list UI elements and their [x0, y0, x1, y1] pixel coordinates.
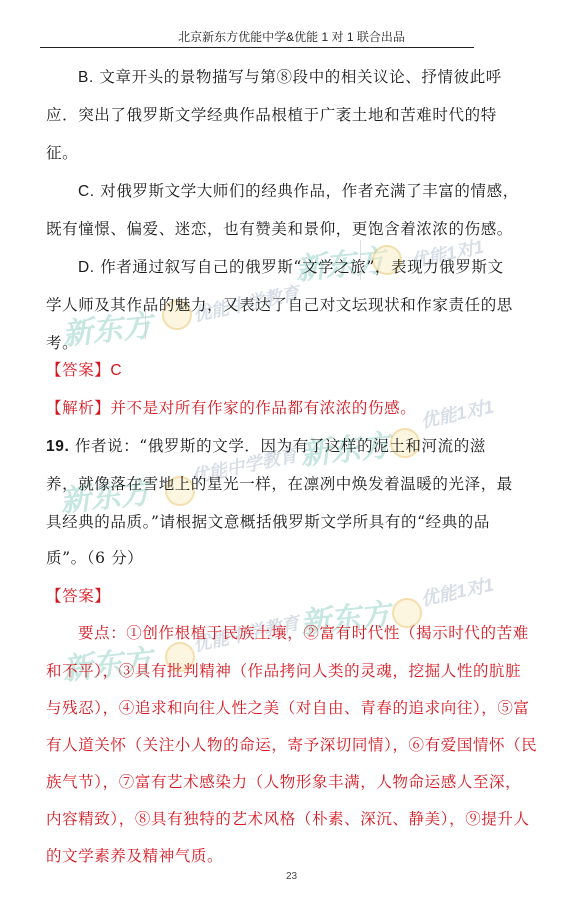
question-19-line-4: 质”。（6 分） [46, 548, 143, 568]
option-c-line-2: 既有憧憬、偏爱、迷恋，也有赞美和景仰，更饱含着浓浓的伤感。 [46, 219, 513, 239]
question-text: 作者说：“俄罗斯的文学．因为有了这样的泥土和河流的滋 [75, 437, 486, 455]
page-number: 23 [0, 871, 583, 882]
answer-19-line-3: 与残忍），④追求和向往人性之美（对自由、青春的追求向往），⑤富 [46, 698, 530, 718]
question-19-line-3: 具经典的品质。”请根据文意概括俄罗斯文学所具有的“经典的品 [46, 512, 490, 532]
answer-19-line-5: 族气节），⑦富有艺术感染力（人物形象丰满，人物命运感人至深， [46, 772, 521, 792]
answer-value: C [110, 362, 122, 379]
page-header: 北京新东方优能中学&优能 1 对 1 联合出品 [0, 28, 583, 45]
option-b-line-3: 征。 [46, 143, 78, 163]
question-number: 19. [46, 438, 69, 455]
option-label: D. [78, 259, 95, 276]
answer-19-line-1: 要点：①创作根植于民族土壤，②富有时代性（揭示时代的苦难 [78, 623, 529, 643]
option-label: B. [78, 69, 94, 86]
analysis-18: 【解析】并不是对所有作家的作品都有浓浓的伤感。 [46, 398, 416, 418]
answer-19-tag: 【答案】 [46, 586, 110, 606]
option-text: 文章开头的景物描写与第⑧段中的相关议论、抒情彼此呼 [99, 68, 502, 86]
answer-19-line-4: 有人道关怀（关注小人物的命运，寄予深切同情），⑥有爱国情怀（民 [46, 735, 537, 755]
option-c-line-1: C. 对俄罗斯文学大师们的经典作品，作者充满了丰富的情感， [78, 181, 519, 202]
option-label: C. [78, 183, 95, 200]
option-text: 作者通过叙写自己的俄罗斯“文学之旅”，表现力俄罗斯文 [100, 258, 503, 276]
watermark-youneng-1v1: 优能1对1 [418, 393, 496, 434]
question-19-line-2: 养，就像落在雪地上的星光一样，在凛冽中焕发着温暖的光泽，最 [46, 474, 513, 494]
answer-18: 【答案】C [46, 360, 122, 381]
answer-19-line-6: 内容精致），⑧具有独特的艺术风格（朴素、深沉、静美），⑨提升人 [46, 809, 530, 829]
header-divider [40, 47, 474, 48]
option-d-line-3: 考。 [46, 333, 78, 353]
watermark-youneng-1v1: 优能1对1 [418, 571, 496, 612]
answer-tag: 【答案】 [46, 361, 110, 379]
option-d-line-1: D. 作者通过叙写自己的俄罗斯“文学之旅”，表现力俄罗斯文 [78, 257, 504, 278]
analysis-tag: 【解析】 [46, 399, 110, 417]
option-text: 对俄罗斯文学大师们的经典作品，作者充满了丰富的情感， [100, 182, 519, 200]
option-b-line-2: 应．突出了俄罗斯文学经典作品根植于广袤土地和苦难时代的特 [46, 105, 497, 125]
option-d-line-2: 学人师及其作品的魅力，又表达了自己对文坛现状和作家责任的思 [46, 295, 513, 315]
option-b-line-1: B. 文章开头的景物描写与第⑧段中的相关议论、抒情彼此呼 [78, 67, 502, 88]
answer-19-line-2: 和不平），③具有批判精神（作品拷问人类的灵魂，挖掘人性的肮脏 [46, 661, 521, 681]
answer-19-line-7: 的文学素养及精神气质。 [46, 846, 223, 866]
analysis-text: 并不是对所有作家的作品都有浓浓的伤感。 [110, 399, 416, 417]
question-19-line-1: 19. 作者说：“俄罗斯的文学．因为有了这样的泥土和河流的滋 [46, 436, 486, 457]
